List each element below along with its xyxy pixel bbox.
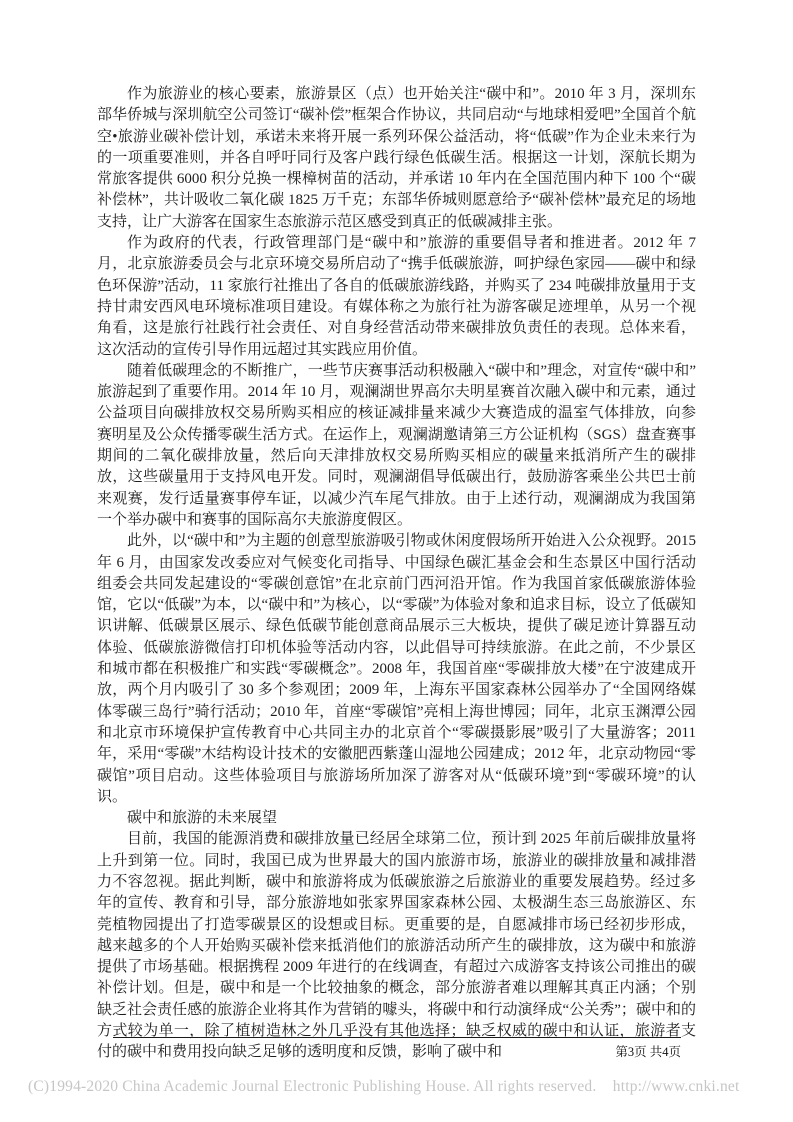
section-heading-future-outlook: 碳中和旅游的未来展望 [97, 808, 696, 829]
paragraph-future-outlook: 目前，我国的能源消费和碳排放量已经居全球第二位，预计到 2025 年前后碳排放量… [97, 829, 696, 1063]
paragraph-government: 作为政府的代表，行政管理部门是“碳中和”旅游的重要倡导者和推进者。2012 年 … [97, 233, 696, 361]
page-body-text: 作为旅游业的核心要素，旅游景区（点）也开始关注“碳中和”。2010 年 3 月，… [97, 84, 696, 1064]
paragraph-creative-attractions: 此外，以“碳中和”为主题的创意型旅游吸引物或休闲度假场所开始进入公众视野。201… [97, 531, 696, 808]
footer-divider [113, 1037, 681, 1038]
paragraph-events: 随着低碳理念的不断推广，一些节庆赛事活动积极融入“碳中和”理念，对宣传“碳中和”… [97, 361, 696, 531]
paragraph-tourism-attractions: 作为旅游业的核心要素，旅游景区（点）也开始关注“碳中和”。2010 年 3 月，… [97, 84, 696, 233]
document-page: 作为旅游业的核心要素，旅游景区（点）也开始关注“碳中和”。2010 年 3 月，… [0, 0, 793, 1122]
page-number: 第3页 共4页 [113, 1042, 681, 1060]
cnki-copyright-watermark: (C)1994-2020 China Academic Journal Elec… [28, 1078, 740, 1096]
